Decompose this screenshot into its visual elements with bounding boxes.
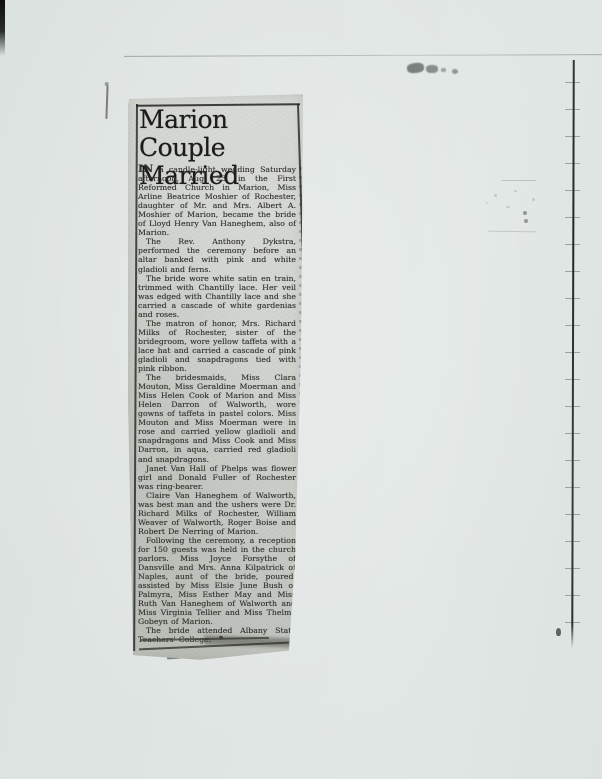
- scan-corner-mark: [0, 0, 5, 56]
- paragraph: The bride wore white satin en train, tri…: [138, 274, 296, 319]
- paragraph-text: a candle-light wedding Saturday afternoo…: [138, 165, 296, 237]
- pencil-marks: [480, 178, 562, 248]
- paragraph: Janet Van Hall of Phelps was flower girl…: [138, 464, 296, 491]
- ink-smudge: [405, 59, 463, 83]
- paragraph: The Rev. Anthony Dykstra, performed the …: [138, 237, 296, 273]
- paragraph: Claire Van Haneghem of Walworth, was bes…: [138, 491, 296, 536]
- paragraph: Following the ceremony, a reception for …: [138, 536, 296, 626]
- paragraph: The bridesmaids, Miss Clara Mouton, Miss…: [138, 373, 296, 463]
- newspaper-clipping: Marion Couple Married IN a candle-light …: [126, 92, 307, 662]
- adjacent-column-fragments: [299, 167, 302, 607]
- ink-speck: [556, 628, 561, 636]
- article-body: IN a candle-light wedding Saturday after…: [138, 165, 296, 644]
- paragraph: The matron of honor, Mrs. Richard Milks …: [138, 319, 296, 373]
- headline-line-1: Marion Couple: [139, 106, 299, 162]
- scan-fold-line: [124, 54, 602, 57]
- paragraph: IN a candle-light wedding Saturday after…: [138, 165, 296, 237]
- scanned-page: Marion Couple Married IN a candle-light …: [0, 0, 602, 779]
- pen-stroke: [105, 85, 108, 119]
